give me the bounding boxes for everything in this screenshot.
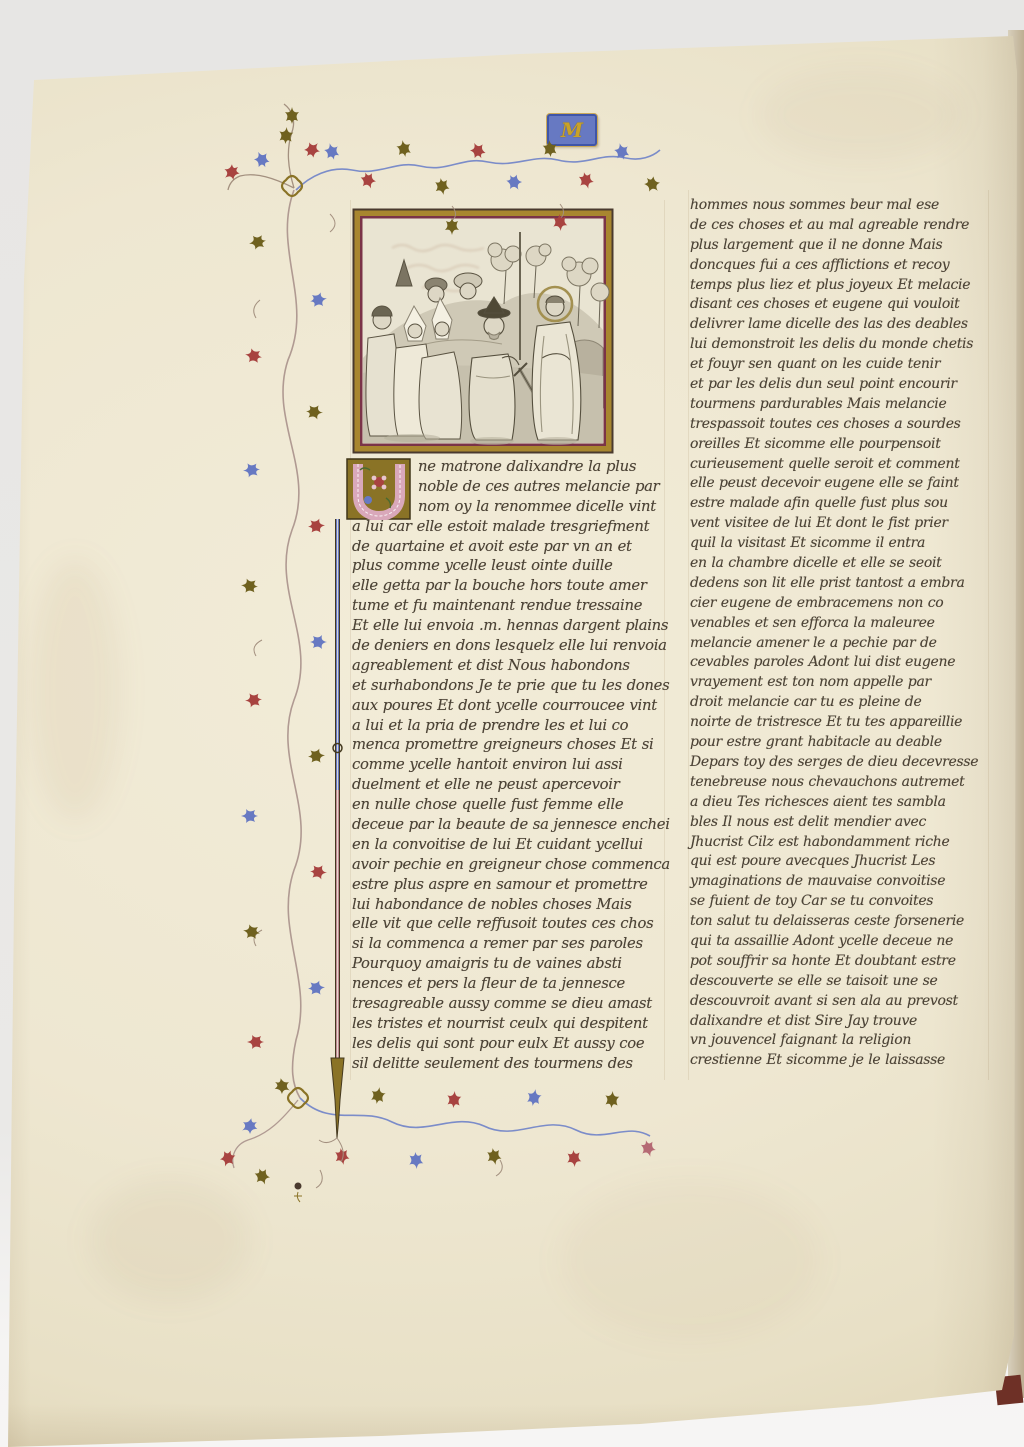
text-line: de deniers en dons lesquelz elle lui ren… (352, 636, 664, 656)
text-line: quil la visitast Et sicomme il entra (690, 534, 990, 554)
text-line: nences et pers la fleur de ta jennesce (352, 974, 664, 994)
text-line: estre plus aspre en samour et promettre (352, 875, 664, 895)
text-line: si la commenca a remer par ses paroles (352, 934, 664, 954)
parchment-page: M (0, 0, 1024, 1447)
parchment-stain (30, 560, 120, 820)
text-line: trespassoit toutes ces choses a sourdes (690, 415, 990, 435)
text-line: Et elle lui envoia .m. hennas dargent pl… (352, 616, 664, 636)
miniature-scene (352, 208, 614, 454)
text-line: de ces choses et au mal agreable rendre (690, 216, 990, 236)
ruling-line (350, 200, 351, 1080)
text-line: vrayement est ton nom appelle par (690, 673, 990, 693)
text-line: estre malade afin quelle fust plus sou (690, 494, 990, 514)
text-line: oreilles Et sicomme elle pourpensoit (690, 435, 990, 455)
text-line: delivrer lame dicelle des las des deable… (690, 315, 990, 335)
text-line: comme ycelle hantoit environ lui assi (352, 755, 664, 775)
text-line: venables et sen efforca la maleuree (690, 614, 990, 634)
text-line: tourmens pardurables Mais melancie (690, 395, 990, 415)
text-line: plus largement que il ne donne Mais (690, 236, 990, 256)
quire-letter: M (561, 120, 583, 140)
text-line: elle vit que celle reffusoit toutes ces … (352, 914, 664, 934)
text-line: a dieu Tes richesces aient tes sambla (690, 793, 990, 813)
text-line: cier eugene de embracemens non co (690, 594, 990, 614)
text-line: doncques fui a ces afflictions et recoy (690, 256, 990, 276)
gold-dot-flourish (294, 1183, 302, 1203)
text-line: lui demonstroit les delis du monde cheti… (690, 335, 990, 355)
text-line: aux poures Et dont ycelle courroucee vin… (352, 696, 664, 716)
text-line: duelment et elle ne peust apercevoir (352, 775, 664, 795)
manuscript-photograph: M (0, 0, 1024, 1447)
text-line: dedens son lit elle prist tantost a embr… (690, 574, 990, 594)
text-line: vn jouvencel faignant la religion (690, 1031, 990, 1051)
text-line: noble de ces autres melancie par (418, 477, 664, 497)
quire-signature-mark: M (547, 114, 597, 146)
parchment-stain (90, 1180, 250, 1300)
text-line: de quartaine et avoit este par vn an et (352, 537, 664, 557)
text-line: en la chambre dicelle et elle se seoit (690, 554, 990, 574)
text-line: ton salut tu delaisseras ceste forseneri… (690, 912, 990, 932)
text-line: et fouyr sen quant on les cuide tenir (690, 355, 990, 375)
text-line: qui est poure avecques Jhucrist Les (690, 852, 990, 872)
text-line: nom oy la renommee dicelle vint (418, 497, 664, 517)
text-line: Depars toy des serges de dieu decevresse (690, 753, 990, 773)
text-line: deceue par la beaute de sa jennesce ench… (352, 815, 664, 835)
text-line: menca promettre greigneurs choses Et si (352, 735, 664, 755)
text-line: elle peust decevoir eugene elle se faint (690, 474, 990, 494)
corner-knots (282, 176, 308, 1108)
text-line: ymaginations de mauvaise convoitise (690, 872, 990, 892)
text-line: tresagreable aussy comme se dieu amast (352, 994, 664, 1014)
text-line: avoir pechie en greigneur chose commenca (352, 855, 664, 875)
text-line: vent visitee de lui Et dont le fist prie… (690, 514, 990, 534)
text-line: descouverte se elle se taisoit une se (690, 972, 990, 992)
text-line: et par les delis dun seul point encourir (690, 375, 990, 395)
text-line: tume et fu maintenant rendue tressaine (352, 596, 664, 616)
text-column-right: hommes nous sommes beur mal esede ces ch… (690, 196, 990, 1071)
text-line: Jhucrist Cilz est habondamment riche (690, 833, 990, 853)
text-line: tenebreuse nous chevauchons autremet (690, 773, 990, 793)
text-bar (319, 519, 344, 1162)
text-line: Pourquoy amaigris tu de vaines absti (352, 954, 664, 974)
text-line: crestienne Et sicomme je le laissasse (690, 1051, 990, 1071)
text-line: plus comme ycelle leust ointe duille (352, 556, 664, 576)
text-line: pour estre grant habitacle au deable (690, 733, 990, 753)
text-line: descouvroit avant si sen ala au prevost (690, 992, 990, 1012)
text-line: elle getta par la bouche hors toute amer (352, 576, 664, 596)
parchment-stain (560, 1180, 820, 1340)
text-line: ne matrone dalixandre la plus (418, 457, 664, 477)
text-line: sil delitte seulement des tourmens des (352, 1054, 664, 1074)
text-line: qui ta assaillie Adont ycelle deceue ne (690, 932, 990, 952)
text-line: agreablement et dist Nous habondons (352, 656, 664, 676)
text-line: temps plus liez et plus joyeux Et melaci… (690, 276, 990, 296)
text-line: hommes nous sommes beur mal ese (690, 196, 990, 216)
text-line: dalixandre et dist Sire Jay trouve (690, 1012, 990, 1032)
text-line: noirte de tristresce Et tu tes appareill… (690, 713, 990, 733)
text-line: se fuient de toy Car se tu convoites (690, 892, 990, 912)
text-line: melancie amener le a pechie par de (690, 634, 990, 654)
text-line: et surhabondons Je te prie que tu les do… (352, 676, 664, 696)
text-line: en la convoitise de lui Et cuidant ycell… (352, 835, 664, 855)
text-line: cevables paroles Adont lui dist eugene (690, 653, 990, 673)
text-line: a lui et la pria de prendre les et lui c… (352, 716, 664, 736)
text-line: curieusement quelle seroit et comment (690, 455, 990, 475)
text-line: a lui car elle estoit malade tresgriefme… (352, 517, 664, 537)
text-line: bles Il nous est delit mendier avec (690, 813, 990, 833)
miniature-illustration (352, 208, 614, 454)
ruling-line (688, 190, 689, 1080)
text-line: les tristes et nourrist ceulx qui despit… (352, 1014, 664, 1034)
text-line: droit melancie car tu es pleine de (690, 693, 990, 713)
text-line: disant ces choses et eugene qui vouloit (690, 295, 990, 315)
parchment-stain (760, 70, 960, 160)
text-line: lui habondance de nobles choses Mais (352, 895, 664, 915)
text-line: les delis qui sont pour eulx Et aussy co… (352, 1034, 664, 1054)
text-line: en nulle chose quelle fust femme elle (352, 795, 664, 815)
text-line: pot souffrir sa honte Et doubtant estre (690, 952, 990, 972)
text-column-left: ne matrone dalixandre la plusnoble de ce… (352, 457, 664, 1074)
